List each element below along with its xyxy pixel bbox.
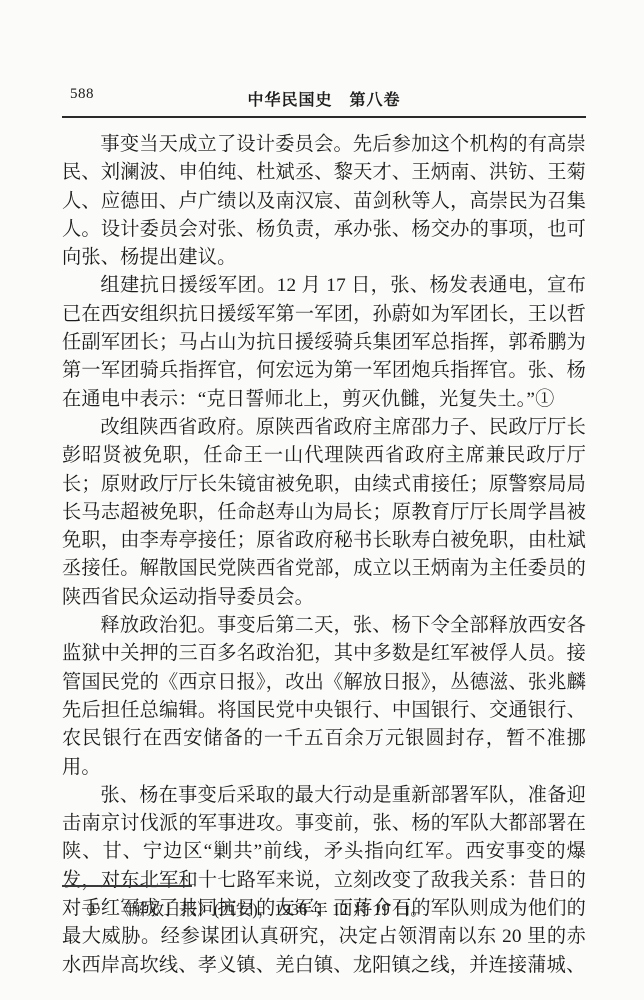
footnote: ①《解放日报》(西安)，1936 年 12 月 19 日。 (62, 898, 586, 922)
page-number: 588 (70, 86, 94, 103)
book-page: 588 中华民国史 第八卷 事变当天成立了设计委员会。先后参加这个机构的有高崇民… (0, 0, 644, 1000)
running-header: 588 中华民国史 第八卷 (62, 86, 586, 118)
running-title: 中华民国史 第八卷 (62, 86, 586, 110)
paragraph-5: 张、杨在事变后采取的最大行动是重新部署军队，准备迎击南京讨伐派的军事进攻。事变前… (62, 782, 586, 980)
body-text: 事变当天成立了设计委员会。先后参加这个机构的有高崇民、刘澜波、申伯纯、杜斌丞、黎… (62, 131, 586, 980)
footnote-marker: ① (86, 900, 101, 919)
paragraph-4: 释放政治犯。事变后第二天，张、杨下令全部释放西安各监狱中关押的三百多名政治犯，其… (62, 612, 586, 782)
paragraph-2: 组建抗日援绥军团。12 月 17 日，张、杨发表通电，宣布已在西安组织抗日援绥军… (62, 272, 586, 413)
paragraph-3: 改组陕西省政府。原陕西省政府主席邵力子、民政厅厅长彭昭贤被免职，任命王一山代理陕… (62, 414, 586, 612)
footnote-separator (62, 885, 192, 887)
paragraph-1: 事变当天成立了设计委员会。先后参加这个机构的有高崇民、刘澜波、申伯纯、杜斌丞、黎… (62, 131, 586, 272)
footnote-text: 《解放日报》(西安)，1936 年 12 月 19 日。 (115, 900, 427, 919)
